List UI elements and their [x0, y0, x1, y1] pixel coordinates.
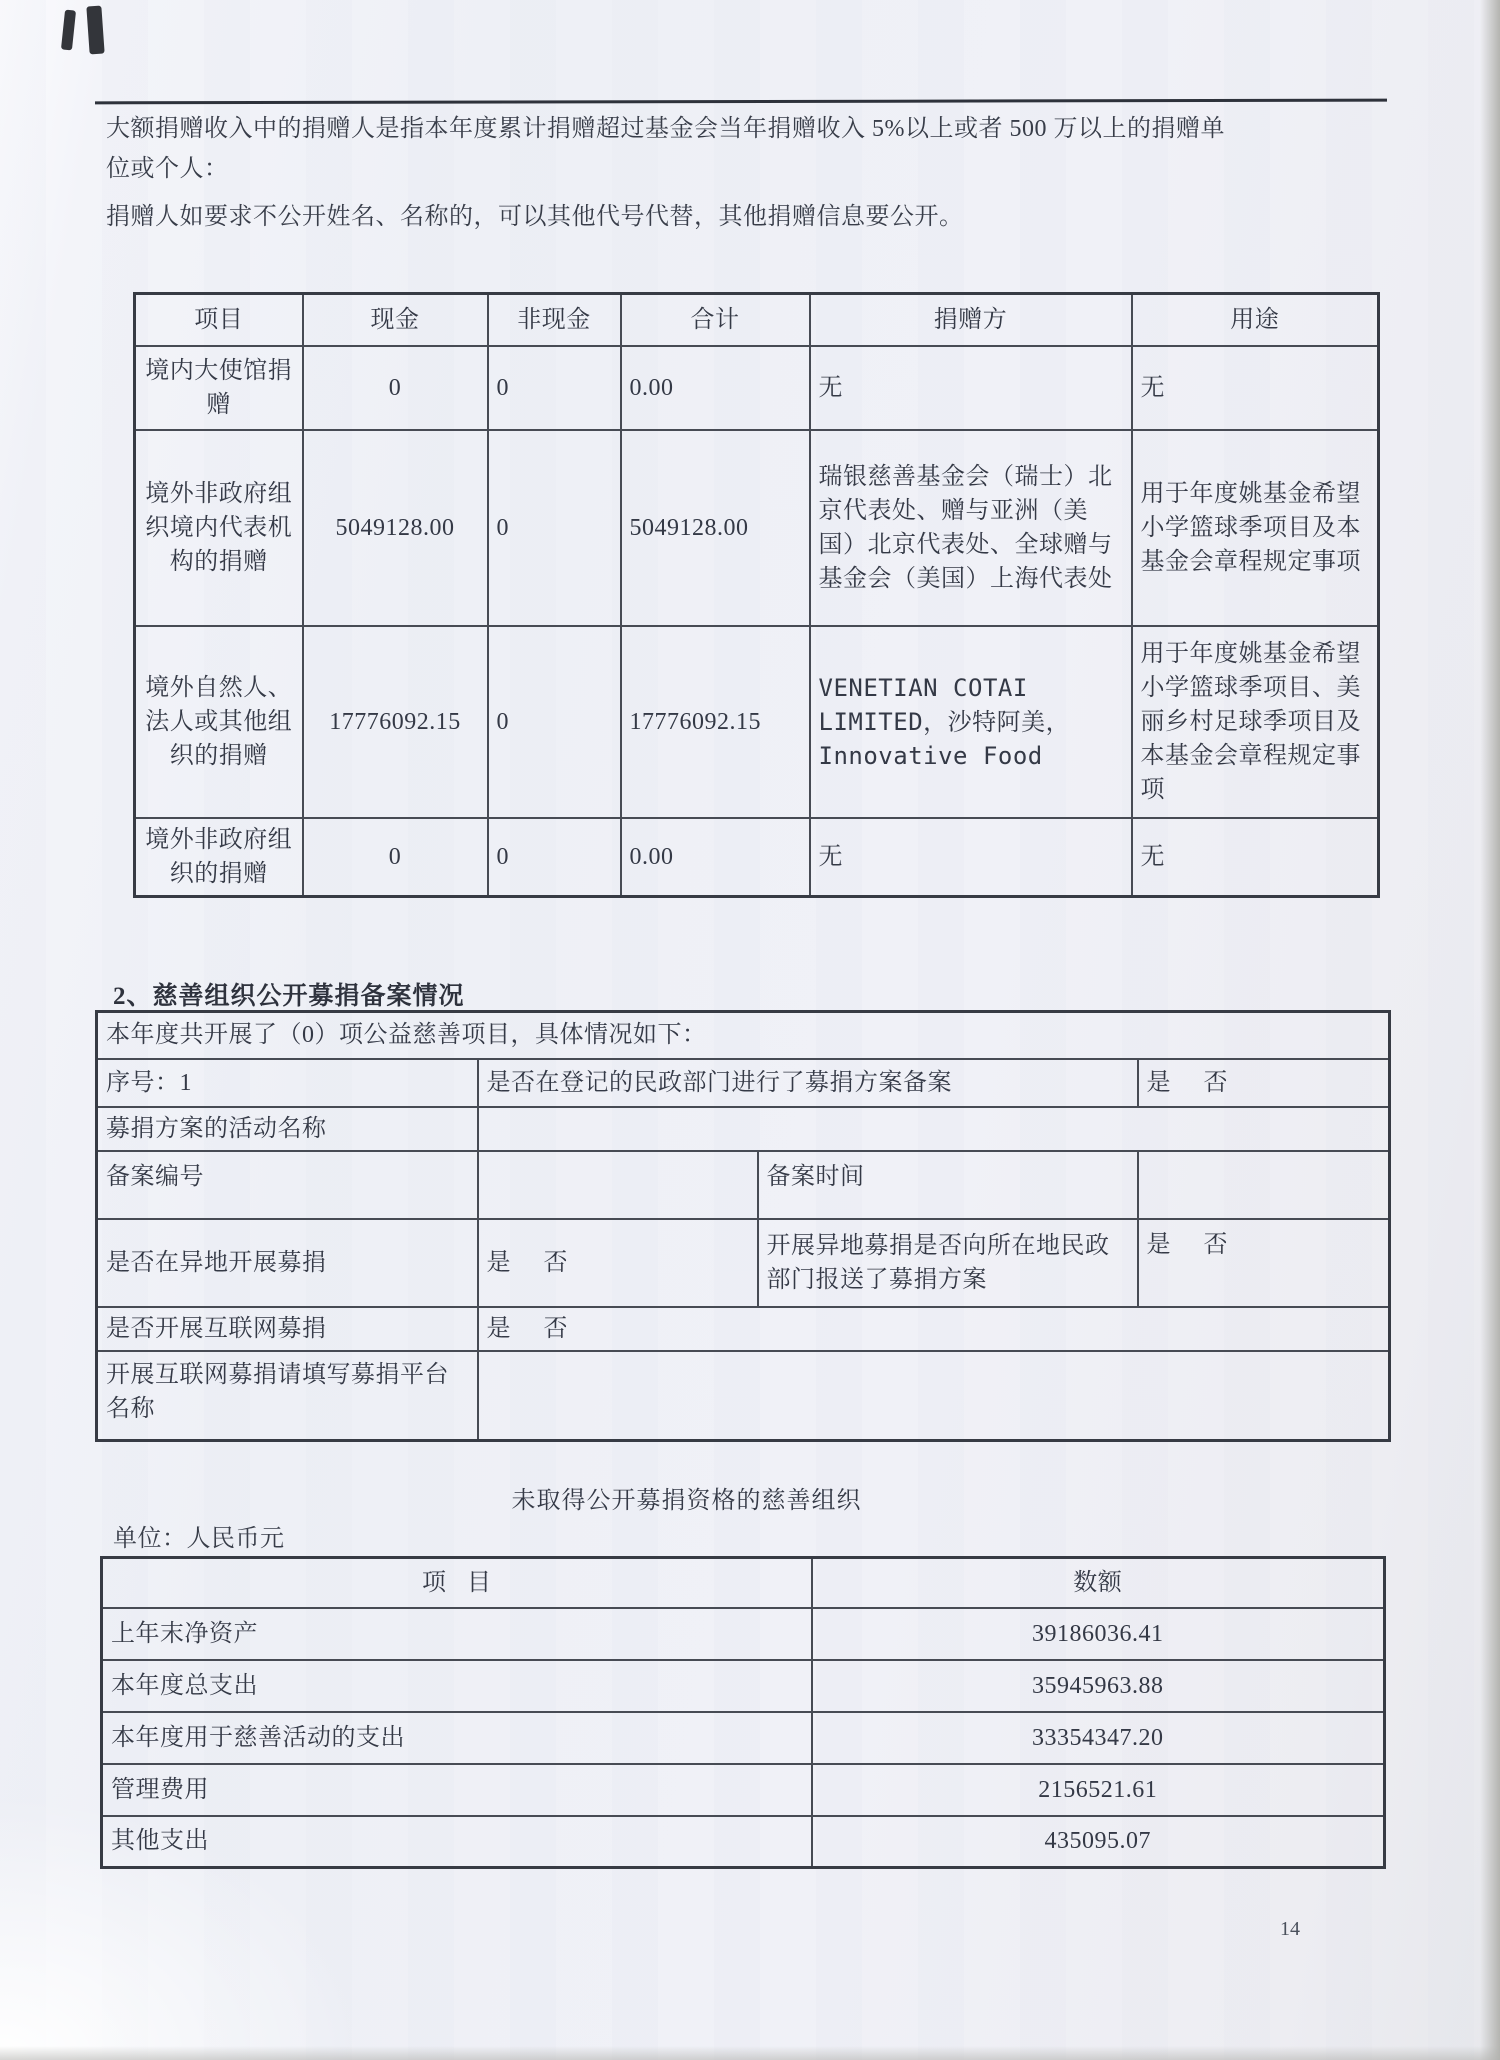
cell-summary: 本年度共开展了（0）项公益慈善项目，具体情况如下： [97, 1012, 1390, 1059]
table-row: 上年末净资产 39186036.41 [102, 1608, 1385, 1660]
cell-yes-no: 是 否 [478, 1219, 758, 1307]
cell-filing-no-label: 备案编号 [97, 1151, 478, 1219]
cell-platform-label: 开展互联网募捐请填写募捐平台名称 [97, 1351, 478, 1441]
cell-activity-name-value [478, 1107, 1390, 1151]
intro-line-2: 位或个人： [106, 152, 1406, 186]
cell-total: 17776092.15 [621, 626, 810, 818]
cell-item: 其他支出 [102, 1816, 812, 1868]
table-row: 本年度用于慈善活动的支出 33354347.20 [102, 1712, 1385, 1764]
cell-item: 本年度用于慈善活动的支出 [102, 1712, 812, 1764]
cell-amount: 2156521.61 [812, 1764, 1385, 1816]
table-row: 开展互联网募捐请填写募捐平台名称 [97, 1351, 1390, 1441]
cell-item: 境外非政府组织境内代表机构的捐赠 [135, 430, 303, 626]
fundraising-filing-table: 本年度共开展了（0）项公益慈善项目，具体情况如下： 序号：1 是否在登记的民政部… [95, 1010, 1391, 1442]
donation-table-header-row: 项目 现金 非现金 合计 捐赠方 用途 [135, 294, 1379, 346]
col-header-donor: 捐赠方 [810, 294, 1132, 346]
cell-purpose: 无 [1132, 346, 1379, 430]
cell-amount: 35945963.88 [812, 1660, 1385, 1712]
cell-cash: 5049128.00 [303, 430, 488, 626]
cell-purpose: 用于年度姚基金希望小学篮球季项目及本基金会章程规定事项 [1132, 430, 1379, 626]
cell-purpose: 用于年度姚基金希望小学篮球季项目、美丽乡村足球季项目及本基金会章程规定事项 [1132, 626, 1379, 818]
cell-item: 管理费用 [102, 1764, 812, 1816]
amount-table-header-row: 项 目 数额 [102, 1558, 1385, 1608]
col-header-cash: 现金 [303, 294, 488, 346]
page-number: 14 [1280, 1918, 1300, 1941]
section3-unit-label: 单位：人民币元 [113, 1522, 285, 1556]
table-row: 是否开展互联网募捐 是 否 [97, 1307, 1390, 1351]
cell-total: 0.00 [621, 346, 810, 430]
cell-internet-label: 是否开展互联网募捐 [97, 1307, 478, 1351]
cell-item: 境外非政府组织的捐赠 [135, 818, 303, 897]
scan-right-edge-shadow [1480, 0, 1500, 2060]
cell-cash: 0 [303, 818, 488, 897]
cell-amount: 435095.07 [812, 1816, 1385, 1868]
cell-cash: 0 [303, 346, 488, 430]
col-header-purpose: 用途 [1132, 294, 1379, 346]
cell-total: 0.00 [621, 818, 810, 897]
table-row: 管理费用 2156521.61 [102, 1764, 1385, 1816]
cell-donor: 瑞银慈善基金会（瑞士）北京代表处、赠与亚洲（美国）北京代表处、全球赠与基金会（美… [810, 430, 1132, 626]
section2-heading: 2、慈善组织公开募捐备案情况 [113, 976, 465, 1012]
cell-noncash: 0 [488, 818, 621, 897]
table-row: 其他支出 435095.07 [102, 1816, 1385, 1868]
table-row: 境外自然人、法人或其他组织的捐赠 17776092.15 0 17776092.… [135, 626, 1379, 818]
cell-item: 本年度总支出 [102, 1660, 812, 1712]
cell-item: 境内大使馆捐赠 [135, 346, 303, 430]
cell-amount: 33354347.20 [812, 1712, 1385, 1764]
intro-line-3: 捐赠人如要求不公开姓名、名称的，可以其他代号代替，其他捐赠信息要公开。 [106, 200, 1406, 234]
cell-noncash: 0 [488, 346, 621, 430]
cell-activity-name-label: 募捐方案的活动名称 [97, 1107, 478, 1151]
cell-donor: VENETIAN COTAI LIMITED，沙特阿美，Innovative F… [810, 626, 1132, 818]
cell-yes-no: 是 否 [1138, 1059, 1390, 1107]
cell-filing-time-label: 备案时间 [758, 1151, 1138, 1219]
cell-platform-value [478, 1351, 1390, 1441]
col-header-item: 项目 [135, 294, 303, 346]
cell-offsite-label: 是否在异地开展募捐 [97, 1219, 478, 1307]
table-row: 是否在异地开展募捐 是 否 开展异地募捐是否向所在地民政部门报送了募捐方案 是 … [97, 1219, 1390, 1307]
cell-filing-question: 是否在登记的民政部门进行了募捐方案备案 [478, 1059, 1138, 1107]
cell-yes-no: 是 否 [1138, 1219, 1390, 1307]
table-row: 境内大使馆捐赠 0 0 0.00 无 无 [135, 346, 1379, 430]
cell-total: 5049128.00 [621, 430, 810, 626]
table-row: 序号：1 是否在登记的民政部门进行了募捐方案备案 是 否 [97, 1059, 1390, 1107]
col-header-amount: 数额 [812, 1558, 1385, 1608]
cell-noncash: 0 [488, 626, 621, 818]
col-header-noncash: 非现金 [488, 294, 621, 346]
cell-noncash: 0 [488, 430, 621, 626]
cell-purpose: 无 [1132, 818, 1379, 897]
cell-item: 境外自然人、法人或其他组织的捐赠 [135, 626, 303, 818]
section3-title: 未取得公开募捐资格的慈善组织 [95, 1480, 1388, 1515]
cell-filing-time-value [1138, 1151, 1390, 1219]
col-header-total: 合计 [621, 294, 810, 346]
table-row: 境外非政府组织境内代表机构的捐赠 5049128.00 0 5049128.00… [135, 430, 1379, 626]
col-header-item: 项 目 [102, 1558, 812, 1608]
cell-cash: 17776092.15 [303, 626, 488, 818]
donation-table: 项目 现金 非现金 合计 捐赠方 用途 境内大使馆捐赠 0 0 0.00 无 无… [133, 292, 1380, 898]
table-row: 备案编号 备案时间 [97, 1151, 1390, 1219]
table-row: 境外非政府组织的捐赠 0 0 0.00 无 无 [135, 818, 1379, 897]
table-row: 本年度总支出 35945963.88 [102, 1660, 1385, 1712]
cell-filing-no-value [478, 1151, 758, 1219]
cell-donor: 无 [810, 818, 1132, 897]
cell-offsite-report-label: 开展异地募捐是否向所在地民政部门报送了募捐方案 [758, 1219, 1138, 1307]
table-row: 本年度共开展了（0）项公益慈善项目，具体情况如下： [97, 1012, 1390, 1059]
cell-item: 上年末净资产 [102, 1608, 812, 1660]
intro-line-1: 大额捐赠收入中的捐赠人是指本年度累计捐赠超过基金会当年捐赠收入 5%以上或者 5… [106, 112, 1406, 146]
scan-bottom-edge-shadow [0, 2046, 1500, 2060]
table-row: 募捐方案的活动名称 [97, 1107, 1390, 1151]
cell-donor: 无 [810, 346, 1132, 430]
cell-yes-no: 是 否 [478, 1307, 1390, 1351]
cell-serial: 序号：1 [97, 1059, 478, 1107]
no-public-fundraising-table: 项 目 数额 上年末净资产 39186036.41 本年度总支出 3594596… [100, 1556, 1386, 1869]
cell-amount: 39186036.41 [812, 1608, 1385, 1660]
